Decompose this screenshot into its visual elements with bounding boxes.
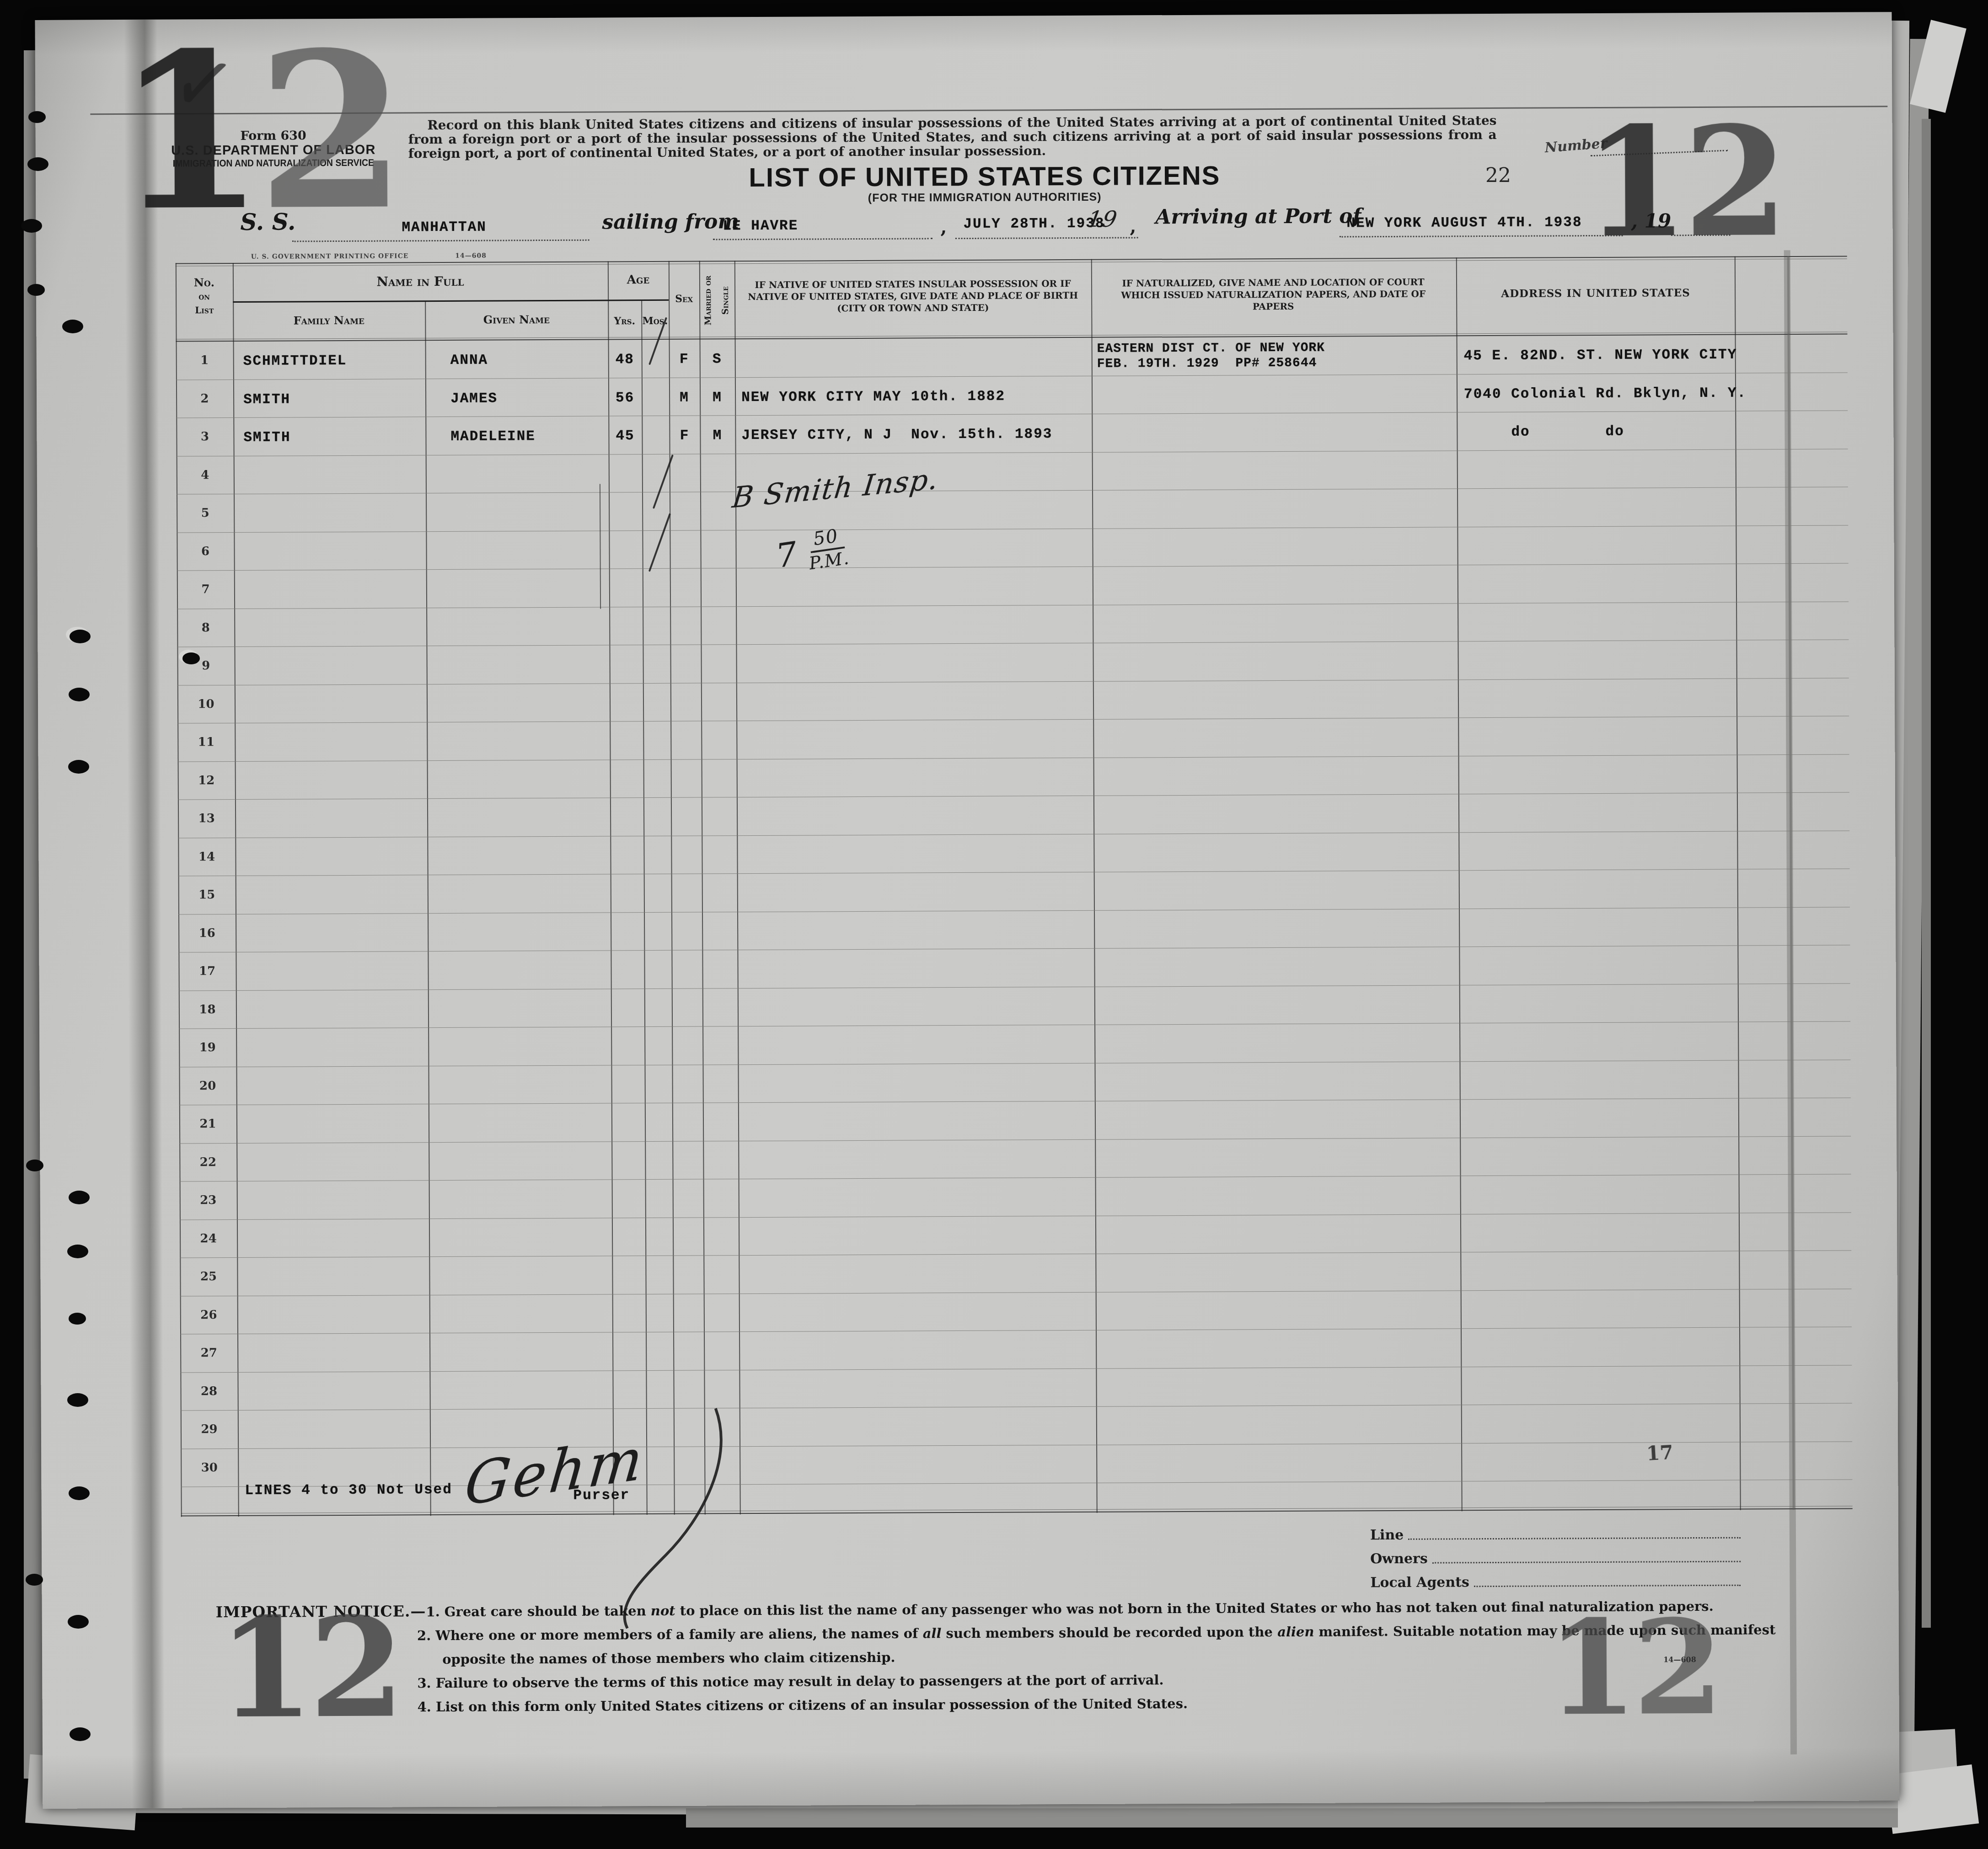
naturalization-line: EASTERN DIST CT. OF NEW YORK xyxy=(1097,340,1462,356)
sheet-number: 22 xyxy=(1485,164,1511,187)
punch-hole xyxy=(69,1313,86,1325)
department-name: U.S. DEPARTMENT OF LABOR xyxy=(145,142,402,158)
page-title: LIST OF UNITED STATES CITIZENS xyxy=(607,160,1362,193)
table-row: 13 xyxy=(178,793,1849,838)
purser-label: Purser xyxy=(573,1487,630,1504)
ship-name-line xyxy=(292,240,589,242)
form-number: Form 630 xyxy=(145,128,402,143)
naturalization-line: FEB. 19TH. 1929 PP# 258644 xyxy=(1097,355,1462,371)
tally-number: 17 xyxy=(1646,1441,1674,1465)
notice-number: 2. xyxy=(417,1628,436,1643)
number-label: Number xyxy=(1544,135,1608,156)
table-row: 21 xyxy=(179,1098,1851,1144)
table-row: 22 xyxy=(179,1136,1851,1181)
table-row: 26 xyxy=(180,1289,1852,1334)
cell-nat xyxy=(1094,947,1464,990)
punch-hole xyxy=(68,760,89,774)
table-row: 1SCHMITTDIELANNA48FSEASTERN DIST CT. OF … xyxy=(176,335,1848,380)
cell-nat xyxy=(1092,527,1463,571)
scanned-manifest-photo: { "header": { "form_no": "Form 630", "de… xyxy=(0,0,1988,1849)
cell-nat xyxy=(1093,833,1464,876)
separator-comma: , xyxy=(940,216,947,238)
notice-number: 3. xyxy=(417,1675,436,1691)
important-notice: IMPORTANT NOTICE.—1. Great care should b… xyxy=(216,1593,1780,1720)
table-row: 24 xyxy=(180,1213,1851,1258)
table-row: 9 xyxy=(177,640,1849,685)
punch-hole xyxy=(26,1160,43,1171)
cell-nat xyxy=(1096,1405,1467,1448)
sailing-port-value: LE HAVRE xyxy=(723,218,798,235)
cell-nat xyxy=(1092,374,1462,418)
notice-items: 2. Where one or more members of a family… xyxy=(417,1618,1780,1719)
top-border-rule xyxy=(90,106,1887,115)
separator-comma: , xyxy=(1130,215,1136,237)
punch-hole xyxy=(28,111,46,123)
notice-text-segment: Where one or more members of a family ar… xyxy=(435,1625,922,1643)
sailing-date-line xyxy=(955,237,1138,239)
table-row: 20 xyxy=(179,1060,1850,1105)
sailing-from-label: sailing from xyxy=(602,210,739,234)
handwritten-checkmark-icon: ✓ xyxy=(164,29,243,139)
cell-nat xyxy=(1093,756,1464,800)
cell-nat xyxy=(1093,794,1464,838)
notice-text: 1. Great care should be taken not to pla… xyxy=(426,1598,1713,1619)
notice-text-segment: not xyxy=(651,1603,675,1619)
cell-birth xyxy=(739,1445,1103,1496)
table-row: 4 xyxy=(177,449,1848,494)
handwritten-year: 19 xyxy=(1086,207,1120,232)
punch-hole xyxy=(70,630,91,643)
notice-text-segment: alien xyxy=(1277,1624,1314,1640)
cell-nat xyxy=(1092,451,1463,494)
local-agents-blank xyxy=(1474,1585,1741,1587)
page-stack-edge xyxy=(1922,119,1931,1628)
cell-nat xyxy=(1095,1214,1466,1258)
printing-office-text: U. S. GOVERNMENT PRINTING OFFICE xyxy=(251,252,409,261)
notice-text-segment: all xyxy=(923,1625,942,1641)
cell-nat xyxy=(1095,1138,1465,1181)
cell-nat xyxy=(1094,909,1464,952)
punch-hole xyxy=(69,1486,90,1500)
local-agents-field: Local Agents xyxy=(1370,1566,1741,1591)
page-subtitle: (FOR THE IMMIGRATION AUTHORITIES) xyxy=(607,189,1362,206)
table-row: 29 xyxy=(181,1404,1852,1449)
table-row: 25 xyxy=(180,1251,1851,1296)
sailing-date-value: JULY 28TH. 1938 xyxy=(963,216,1104,232)
cell-no: 30 xyxy=(181,1448,238,1499)
cell-nat xyxy=(1096,1291,1466,1334)
punch-hole xyxy=(68,1615,89,1629)
cell-nat xyxy=(1094,1062,1465,1105)
table-row: 11 xyxy=(177,716,1849,762)
table-row: 27 xyxy=(180,1327,1852,1373)
stamp-12-top-right: 12 xyxy=(1583,115,1783,249)
service-name: IMMIGRATION AND NATURALIZATION SERVICE xyxy=(155,157,391,169)
signature-stroke xyxy=(560,1395,753,1633)
cell-nat xyxy=(1094,1023,1465,1067)
cell-nat xyxy=(1096,1443,1467,1487)
cell-nat xyxy=(1092,412,1462,456)
notice-text-segment: to place on this list the name of any pa… xyxy=(675,1598,1714,1619)
cell-nat xyxy=(1093,718,1463,761)
table-row: 6 xyxy=(177,525,1848,571)
table-row: 8 xyxy=(177,602,1849,647)
sailing-port-line xyxy=(713,238,932,240)
punch-hole xyxy=(67,1393,88,1407)
lines-not-used-note: LINES 4 to 30 Not Used xyxy=(245,1482,452,1499)
notice-text-segment: such members should be recorded upon the xyxy=(941,1624,1277,1641)
cell-nat xyxy=(1093,641,1463,685)
table-row: 18 xyxy=(179,983,1850,1029)
cell-nat xyxy=(1095,1176,1466,1219)
stamp-digit: 2 xyxy=(1683,93,1783,271)
number-blank-line xyxy=(1591,150,1728,156)
line-blank xyxy=(1408,1537,1741,1540)
manifest-table: No. on List Name in Full Age Family Name… xyxy=(176,257,1741,1517)
table-row: 5 xyxy=(177,487,1848,533)
page-fold-shadow xyxy=(124,20,165,1808)
cell-nat xyxy=(1093,604,1463,647)
arriving-label: Arriving at Port of xyxy=(1155,204,1361,229)
cell-addr xyxy=(1461,1442,1747,1493)
owners-field: Owners xyxy=(1370,1542,1741,1567)
punch-hole xyxy=(26,1574,43,1586)
punch-hole xyxy=(182,652,200,664)
table-row: 3SMITHMADELEINE45FMJERSEY CITY, N J Nov.… xyxy=(176,411,1848,456)
year-blank-line xyxy=(1671,235,1731,236)
table-row: 10 xyxy=(177,678,1849,723)
footer-fields: Line Owners Local Agents xyxy=(1370,1518,1741,1591)
notice-text-segment: Great care should be taken xyxy=(445,1603,651,1619)
table-row: 2SMITHJAMES56MMNEW YORK CITY MAY 10th. 1… xyxy=(176,373,1848,418)
punch-hole xyxy=(27,157,48,171)
table-row: 30 xyxy=(181,1442,1852,1487)
cell-nat: EASTERN DIST CT. OF NEW YORKFEB. 19TH. 1… xyxy=(1092,336,1462,379)
cell-nat xyxy=(1096,1367,1466,1411)
arrival-value: NEW YORK AUGUST 4TH. 1938 xyxy=(1346,214,1582,231)
table-row: 23 xyxy=(180,1175,1851,1220)
arrival-line xyxy=(1340,235,1623,238)
line-field: Line xyxy=(1370,1518,1741,1544)
punch-hole xyxy=(27,284,45,296)
manifest-page: ✓ Form 630 U.S. DEPARTMENT OF LABOR IMMI… xyxy=(35,12,1899,1809)
cell-nat xyxy=(1093,565,1463,609)
table-body: 1SCHMITTDIELANNA48FSEASTERN DIST CT. OF … xyxy=(176,256,1853,1517)
cell-nat xyxy=(1095,1252,1466,1296)
table-row: 17 xyxy=(178,946,1850,991)
cell-nat xyxy=(1096,1329,1466,1372)
owners-blank xyxy=(1432,1561,1741,1564)
stamp-digit: 1 xyxy=(1583,93,1683,271)
year-blank-label: , 19 xyxy=(1631,209,1671,232)
table-row: 7 xyxy=(177,564,1849,609)
notice-text-segment: Failure to observe the terms of this not… xyxy=(436,1672,1164,1691)
table-row: 14 xyxy=(178,831,1849,876)
punch-hole xyxy=(21,219,42,233)
instructions-paragraph: Record on this blank United States citiz… xyxy=(408,113,1496,160)
ss-label: S. S. xyxy=(240,208,295,235)
table-row: 28 xyxy=(180,1365,1852,1411)
owners-label: Owners xyxy=(1370,1551,1428,1567)
punch-hole xyxy=(67,1245,88,1258)
punch-hole xyxy=(70,1727,91,1741)
punch-hole xyxy=(69,1191,90,1204)
punch-hole xyxy=(62,320,83,333)
notice-heading: IMPORTANT NOTICE.— xyxy=(216,1602,426,1621)
line-label: Line xyxy=(1370,1527,1404,1543)
punch-hole xyxy=(69,688,90,701)
printing-code-text: 14—608 xyxy=(455,252,487,260)
ship-name-value: MANHATTAN xyxy=(402,219,487,236)
cell-nat xyxy=(1094,871,1464,914)
table-row: 12 xyxy=(178,754,1849,800)
notice-number: 4. xyxy=(418,1699,436,1715)
notice-text-segment: List on this form only United States cit… xyxy=(436,1696,1188,1715)
cell-nat xyxy=(1092,489,1463,532)
cell-nat xyxy=(1093,680,1463,723)
notice-number: 1. xyxy=(426,1604,445,1619)
page-stack-edge xyxy=(686,1808,1898,1828)
table-row: 15 xyxy=(178,869,1850,914)
table-row: 19 xyxy=(179,1022,1850,1067)
form-id-block: Form 630 U.S. DEPARTMENT OF LABOR IMMIGR… xyxy=(145,128,402,169)
local-agents-label: Local Agents xyxy=(1370,1574,1469,1591)
printing-office-note: U. S. GOVERNMENT PRINTING OFFICE 14—608 xyxy=(251,252,487,261)
notice-item: 2. Where one or more members of a family… xyxy=(417,1618,1796,1671)
print-code-small: 14—608 xyxy=(1663,1655,1696,1664)
cell-nat xyxy=(1095,1100,1465,1143)
cell-nat xyxy=(1094,985,1465,1029)
table-row: 16 xyxy=(178,907,1850,952)
